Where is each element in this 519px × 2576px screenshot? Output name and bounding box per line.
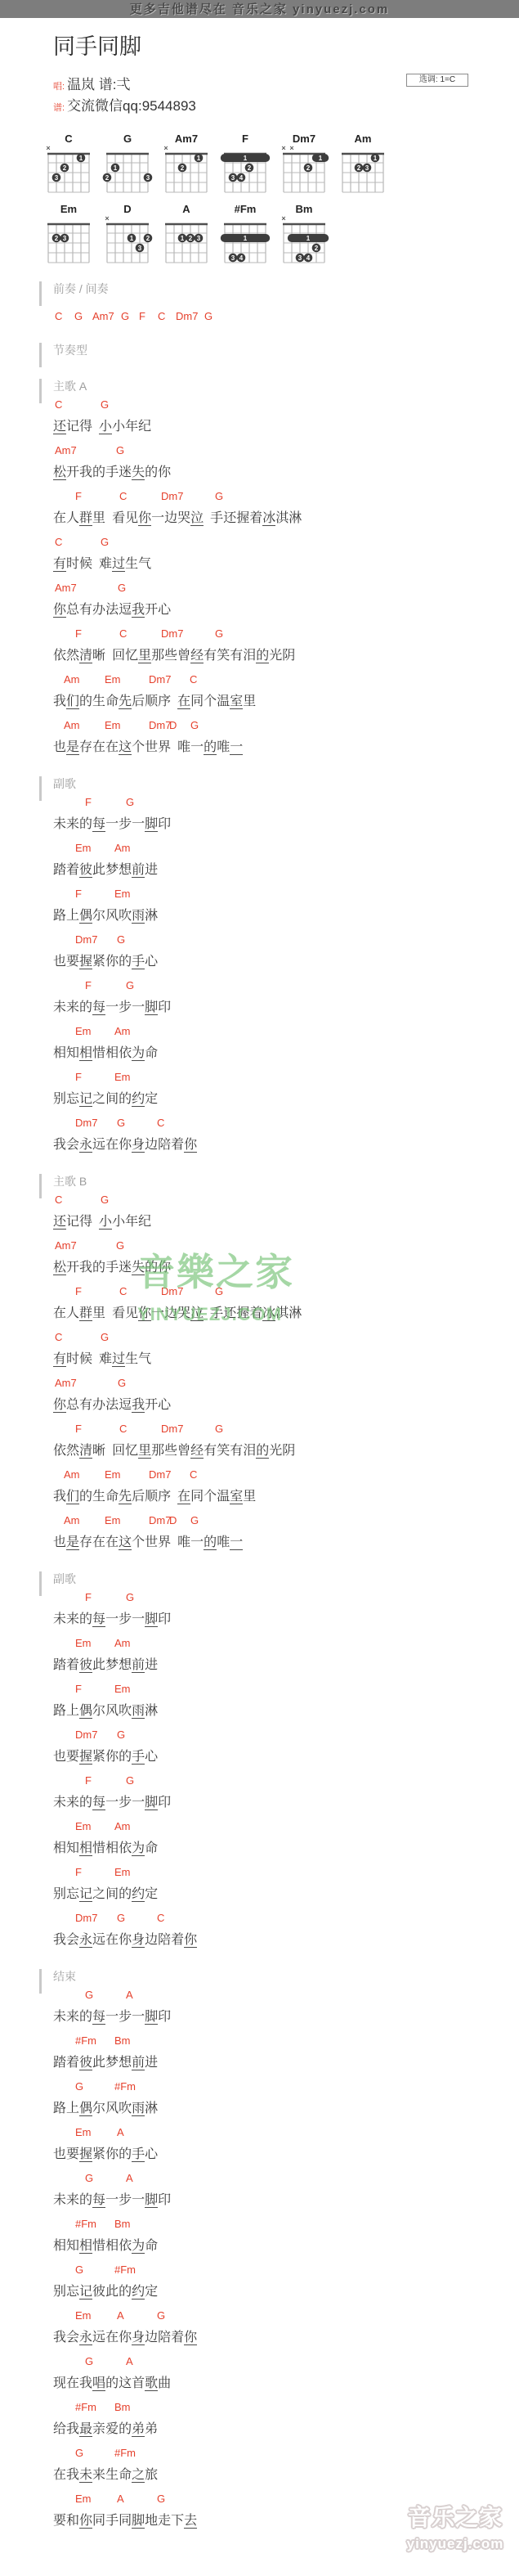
lyric-line: 在人群里看见你一边哭泣手还握着冰淇淋 (53, 1306, 519, 1320)
svg-text:3: 3 (298, 254, 302, 262)
lyric-char: 泪 (243, 1444, 256, 1458)
lyric-char: 泣 (190, 1306, 204, 1321)
lyric-char: 看 (112, 511, 125, 525)
lyric-char: 时 (66, 557, 79, 571)
lyric-char: 惜 (92, 2239, 105, 2253)
credit-score-row: 谱: 交流微信qq:9544893 (53, 94, 519, 110)
svg-text:×: × (281, 214, 285, 223)
lyric-char: 后 (132, 695, 145, 708)
chord-label: Dm7 (149, 1514, 171, 1526)
lyric-char: 也 (53, 740, 66, 754)
lyric-char: 会 (66, 1933, 79, 1947)
chord-label: G (85, 2355, 93, 2367)
chord-label: Em (75, 2493, 92, 2505)
lyric-char: 印 (158, 1796, 171, 1809)
chord-label: F (75, 1071, 82, 1083)
lyric-line: 踏着彼此梦想前进 (53, 2056, 519, 2070)
lyric-char: 的 (79, 817, 92, 831)
lyric-char: 来 (66, 817, 79, 831)
lyric-char: 手 (132, 955, 145, 969)
lyric-char: 走 (158, 2514, 171, 2528)
lyric-char: 在 (105, 2331, 119, 2344)
chord-row: Am7G (0, 582, 519, 592)
chord-row: FCDm7G (0, 490, 519, 501)
lyric-char: 在 (105, 1138, 119, 1152)
lyric-char: 握 (79, 955, 92, 969)
lyric-char: 约 (132, 1092, 145, 1107)
lyric-char: 回 (112, 649, 125, 663)
lyric-char: 风 (105, 909, 119, 923)
lyric-char: 先 (119, 1490, 132, 1504)
lyric-char: 见 (125, 511, 138, 525)
lyric-char: 尔 (92, 2102, 105, 2115)
lyric-char: 还 (53, 420, 66, 434)
lyric-char: 现 (53, 2376, 66, 2390)
lyric-char: 上 (66, 909, 79, 923)
lyric-char: 后 (132, 1490, 145, 1504)
lyric-char: 迷 (119, 465, 132, 479)
lyric-char: 年 (125, 420, 138, 434)
lyric-char: 你 (158, 465, 171, 479)
chord-label: C (55, 536, 62, 548)
lyric-char: 偶 (79, 1704, 92, 1719)
chord-grid: 134 (223, 215, 267, 264)
lyric-char: 一 (105, 1612, 119, 1626)
lyric-char: 的 (105, 2376, 119, 2390)
lyric-char: 在 (105, 1933, 119, 1947)
lyric-char: 这 (119, 740, 132, 755)
lyric-char: 有 (230, 649, 243, 663)
lyric-char: 知 (66, 1046, 79, 1060)
chord-grid: ××12 (282, 145, 326, 194)
lyric-char: 记 (79, 1092, 92, 1107)
lyric-char: 人 (66, 1306, 79, 1320)
lyric-char: 命 (119, 2468, 132, 2482)
chord-label: Dm7 (149, 1468, 171, 1481)
lyric-char: 雨 (132, 1704, 145, 1719)
lyric-char: 前 (132, 2056, 145, 2070)
lyric-char: 回 (112, 1444, 125, 1458)
lyric-char: 也 (53, 955, 66, 969)
chord-label: A (117, 2309, 124, 2322)
lyric-char: 一 (132, 1796, 145, 1809)
lyric-char: 一 (132, 2193, 145, 2207)
lyric-line: 未来的每一步一脚印 (53, 1612, 519, 1626)
lyric-char: 我 (53, 1933, 66, 1947)
lyric-char: 歌 (145, 2376, 158, 2391)
site-banner: 更多吉他谱尽在 音乐之家 yinyuezj.com (0, 0, 519, 18)
chord-label: C (119, 1423, 127, 1435)
lyric-char: 想 (119, 1658, 132, 1672)
chord-label: G (74, 310, 83, 322)
lyric-char: 未 (53, 2010, 66, 2024)
chord-label: G (126, 1591, 134, 1603)
lyric-char: 有 (79, 1398, 92, 1412)
lyric-char: 未 (53, 1000, 66, 1014)
svg-text:1: 1 (244, 235, 248, 242)
lyric-char: 是 (66, 740, 79, 755)
lyric-char: 在 (105, 1535, 119, 1549)
lyric-char: 群 (79, 1306, 92, 1321)
svg-text:3: 3 (197, 235, 201, 242)
lyric-char: 有 (204, 1444, 217, 1458)
lyric-char: 定 (145, 2285, 158, 2299)
lyric-char: 爱 (105, 2422, 119, 2436)
lyric-char: 你 (53, 603, 66, 618)
chord-row: EmAm (0, 1637, 519, 1648)
chord-row: GA (0, 2172, 519, 2183)
lyric-line: 你总有办法逗我开心 (53, 603, 519, 617)
chord-label: G (126, 1774, 134, 1787)
lyric-char: 气 (138, 1352, 151, 1366)
svg-text:×: × (46, 144, 50, 152)
svg-text:3: 3 (231, 254, 235, 262)
lyric-char: 同 (190, 695, 204, 708)
svg-text:2: 2 (63, 164, 67, 172)
lyric-char: 小 (99, 1215, 112, 1230)
lyric-char: 里 (138, 649, 151, 663)
lyric-char: 人 (66, 511, 79, 525)
lyric-char: 顺 (145, 695, 158, 708)
lyric-char: 一 (105, 2193, 119, 2207)
lyric-char: 相 (105, 1841, 119, 1855)
svg-text:1: 1 (130, 235, 134, 242)
lyric-char: 和 (66, 2514, 79, 2528)
lyric-char: 你 (184, 1138, 197, 1153)
lyric-char: 相 (53, 1841, 66, 1855)
lyric-char: 你 (138, 511, 151, 526)
lyric-char: 上 (66, 2102, 79, 2115)
lyric-char: 冰 (262, 511, 275, 526)
lyric-char: 弟 (145, 2422, 158, 2436)
chord-label: Em (105, 1468, 121, 1481)
lyric-char: 这 (119, 1535, 132, 1550)
lyric-char: 远 (92, 1933, 105, 1947)
lyric-char: 脚 (145, 817, 158, 832)
lyric-char: 尔 (92, 1704, 105, 1718)
lyric-char: 开 (145, 1398, 158, 1412)
lyric-char: 经 (190, 1444, 204, 1459)
chord-label: Em (75, 2126, 92, 2138)
lyric-char: 界 (158, 1535, 171, 1549)
chord-label: Em (75, 1637, 92, 1649)
chord-diagram: D×123 (107, 204, 148, 264)
lyric-char: 踏 (53, 863, 66, 877)
lyric-char: 有 (204, 649, 217, 663)
lyric-char: 曲 (158, 2376, 171, 2390)
chord-label: G (117, 933, 125, 946)
lyric-line: 未来的每一步一脚印 (53, 2010, 519, 2024)
chord-row: GA (0, 2355, 519, 2366)
lyric-char: 相 (53, 2239, 66, 2253)
lyric-line: 也要握紧你的手心 (53, 2147, 519, 2161)
chord-label: G (126, 979, 134, 991)
lyric-char: 手 (105, 1261, 119, 1275)
lyric-char: 开 (66, 1261, 79, 1275)
lyric-char: 依 (119, 1046, 132, 1060)
lyric-char: 也 (53, 1535, 66, 1549)
lyric-char: 顺 (145, 1490, 158, 1504)
chord-label: D (169, 719, 177, 731)
lyric-char: 给 (53, 2422, 66, 2436)
lyric-char: 彼 (79, 1658, 92, 1673)
chord-row: Dm7G (0, 1729, 519, 1739)
chord-label: Am (114, 842, 131, 854)
chord-label: Dm7 (75, 1912, 97, 1924)
chord-grid: 123 (341, 145, 385, 194)
section-header: 主歌 A (53, 380, 519, 393)
lyric-char: 要 (53, 2514, 66, 2528)
lyric-char: 彼 (92, 2285, 105, 2299)
credit-singer-label: 唱: (53, 79, 65, 92)
lyric-char: 我 (132, 1398, 145, 1413)
chord-label: Em (75, 842, 92, 854)
lyric-char: 记 (79, 2285, 92, 2300)
lyric-char: 看 (112, 1306, 125, 1320)
lyric-char: 有 (53, 557, 66, 572)
chord-diagram: Am123 (342, 133, 383, 194)
lyric-char: 你 (105, 1750, 119, 1764)
lyric-char: 此 (92, 2056, 105, 2070)
svg-text:×: × (289, 144, 293, 152)
chord-label: G (190, 719, 199, 731)
svg-text:4: 4 (239, 254, 244, 262)
lyric-char: 相 (53, 1046, 66, 1060)
lyric-char: 命 (145, 1046, 158, 1060)
chord-row: #FmBm (0, 2218, 519, 2228)
chord-label: Am (64, 719, 80, 731)
lyric-line: 还记得小小年纪 (53, 1215, 519, 1229)
lyric-char: 然 (66, 1444, 79, 1458)
section-header: 副歌 (53, 1572, 519, 1585)
lyric-char: 步 (119, 2193, 132, 2207)
lyric-char: 雨 (132, 2102, 145, 2116)
chord-diagram: Em23 (48, 204, 89, 264)
lyric-char: 间 (105, 1887, 119, 1901)
lyric-char: 心 (145, 955, 158, 969)
lyric-char: 我 (79, 2376, 92, 2390)
lyric-char: 踏 (53, 1658, 66, 1672)
lyric-char: 手 (132, 2147, 145, 2162)
lyric-char: 哭 (177, 511, 190, 525)
lyric-char: 的 (79, 1796, 92, 1809)
chord-name: Am7 (166, 133, 207, 144)
svg-text:3: 3 (231, 174, 235, 182)
lyric-char: 我 (53, 2331, 66, 2344)
chord-label: G (215, 490, 223, 502)
chord-grid: 1234 (223, 145, 267, 194)
chord-label: F (75, 1866, 82, 1878)
lyric-char: 手 (105, 465, 119, 479)
lyric-char: 生 (125, 1352, 138, 1366)
lyric-char: 失 (132, 465, 145, 480)
lyric-line: 现在我唱的这首歌曲 (53, 2376, 519, 2390)
chord-label: Dm7 (75, 933, 97, 946)
chord-label: #Fm (114, 2080, 136, 2093)
lyric-char: 之 (92, 1887, 105, 1901)
chord-label: F (75, 1683, 82, 1695)
lyric-char: 晰 (92, 1444, 105, 1458)
chord-label: Em (75, 1820, 92, 1832)
lyric-char: 有 (53, 1352, 66, 1367)
svg-text:1: 1 (197, 155, 201, 162)
lyric-char: 吹 (119, 909, 132, 923)
lyric-line: 未来的每一步一脚印 (53, 2193, 519, 2207)
watermark-bottom-logo-text: 音乐之家 (400, 2500, 511, 2533)
chord-row: EmAm (0, 1820, 519, 1831)
lyric-char: 印 (158, 2193, 171, 2207)
chord-name: F (225, 133, 266, 144)
lyric-char: 心 (145, 1750, 158, 1764)
lyric-char: 的 (119, 2422, 132, 2436)
svg-text:4: 4 (306, 254, 311, 262)
lyric-line: 我会永远在你身边陪着你 (53, 1138, 519, 1152)
lyric-char: 手 (210, 511, 223, 525)
lyric-char: 的 (79, 1490, 92, 1504)
lyric-char: 永 (79, 1933, 92, 1948)
chord-row: Am7G (0, 1239, 519, 1250)
section: 副歌FG未来的每一步一脚印EmAm踏着彼此梦想前进FEm路上偶尔风吹雨淋Dm7G… (0, 777, 519, 1152)
chord-label: Dm7 (161, 1423, 183, 1435)
lyric-char: 会 (66, 1138, 79, 1152)
section-label: 主歌 A (53, 380, 87, 393)
lyric-line: 相知相惜相依为命 (53, 1046, 519, 1060)
lyric-char: 边 (145, 1138, 158, 1152)
lyric-char: 会 (66, 2331, 79, 2344)
section: 主歌 ACG还记得小小年纪Am7G松开我的手迷失的你FCDm7G在人群里看见你一… (0, 380, 519, 754)
svg-text:2: 2 (315, 245, 319, 252)
lyric-char: 下 (171, 2514, 184, 2528)
lyric-char: 握 (79, 1750, 92, 1765)
chord-label: F (75, 1423, 82, 1435)
chord-row: FEm (0, 1071, 519, 1081)
lyric-char: 永 (79, 1138, 92, 1153)
lyric-char: 偶 (79, 2102, 92, 2116)
lyric-char: 得 (79, 1215, 92, 1229)
chord-label: G (215, 627, 223, 640)
lyric-char: 知 (66, 1841, 79, 1855)
lyric-char: 开 (66, 465, 79, 479)
chord-diagram-row: Em23D×123A123#Fm134Bm×1234 (48, 204, 519, 264)
svg-text:1: 1 (244, 155, 248, 162)
chord-label: C (190, 673, 197, 686)
lyric-char: 晰 (92, 649, 105, 663)
lyric-char: 温 (217, 1490, 230, 1504)
svg-text:×: × (163, 144, 168, 152)
lyric-line: 也要握紧你的手心 (53, 1750, 519, 1764)
lyric-char: 来 (66, 2010, 79, 2024)
lyric-char: 来 (92, 2468, 105, 2482)
lyric-char: 梦 (105, 2056, 119, 2070)
chord-label: G (157, 2309, 165, 2322)
lyric-char: 别 (53, 2285, 66, 2299)
chord-label: Am (64, 1468, 80, 1481)
chord-grid: ×123 (47, 145, 91, 194)
lyric-char: 吹 (119, 1704, 132, 1718)
lyric-char: 梦 (105, 1658, 119, 1672)
lyric-char: 永 (79, 2331, 92, 2345)
chord-label: G (101, 1194, 109, 1206)
section-label: 结束 (53, 1970, 76, 1983)
chord-label: C (157, 1912, 164, 1924)
chord-label: G (116, 1239, 124, 1252)
lyric-char: 一 (230, 740, 243, 755)
lyric-char: 彼 (79, 863, 92, 878)
lyric-char: 的 (119, 1887, 132, 1901)
lyric-char: 着 (66, 863, 79, 877)
lyric-char: 难 (99, 557, 112, 571)
lyric-char: 忆 (125, 649, 138, 663)
lyric-char: 个 (132, 740, 145, 754)
lyric-char: 过 (112, 1352, 125, 1367)
chord-label: Em (114, 1866, 131, 1878)
lyric-char: 里 (138, 1444, 151, 1459)
chord-label: G (101, 1331, 109, 1343)
chord-label: F (85, 1591, 92, 1603)
lyric-line: 在人群里看见你一边哭泣手还握着冰淇淋 (53, 511, 519, 525)
lyric-char: 定 (145, 1887, 158, 1901)
lyric-char: 依 (53, 1444, 66, 1458)
lyric-char: 未 (53, 2193, 66, 2207)
lyric-char: 你 (119, 1933, 132, 1947)
section: 主歌 BCG还记得小小年纪Am7G松开我的手迷失的你FCDm7G在人群里看见你一… (0, 1175, 519, 1549)
section-header: 副歌 (53, 777, 519, 790)
chord-label: F (75, 627, 82, 640)
lyric-char: 别 (53, 1092, 66, 1106)
lyric-char: 前 (132, 1658, 145, 1673)
lyric-char: 印 (158, 1612, 171, 1626)
lyric-char: 未 (53, 1796, 66, 1809)
lyric-char: 每 (92, 2010, 105, 2025)
lyric-char: 之 (132, 2468, 145, 2483)
lyric-char: 未 (79, 2468, 92, 2483)
lyric-char: 你 (119, 1138, 132, 1152)
chord-row: Dm7G (0, 933, 519, 944)
lyric-char: 定 (145, 1092, 158, 1106)
lyric-char: 失 (132, 1261, 145, 1275)
lyric-char: 然 (66, 649, 79, 663)
lyric-char: 也 (53, 2147, 66, 2161)
lyric-char: 为 (132, 1841, 145, 1856)
lyric-char: 你 (184, 2331, 197, 2345)
lyric-char: 着 (66, 1658, 79, 1672)
lyric-char: 印 (158, 1000, 171, 1014)
lyric-char: 唯 (217, 740, 230, 754)
lyric-char: 们 (66, 1490, 79, 1504)
chord-label: Bm (114, 2218, 131, 2230)
lyric-char: 身 (132, 1933, 145, 1948)
lyric-char: 的 (145, 1261, 158, 1275)
section: 前奏 / 间奏CGAm7GFCDm7G (0, 282, 519, 321)
lyric-char: 最 (79, 2422, 92, 2437)
lyric-char: 的 (119, 2147, 132, 2161)
lyric-char: 步 (119, 1796, 132, 1809)
lyric-line: 还记得小小年纪 (53, 420, 519, 434)
lyric-char: 忆 (125, 1444, 138, 1458)
chord-label: A (117, 2493, 124, 2505)
lyric-char: 存 (79, 1535, 92, 1549)
lyric-char: 经 (190, 649, 204, 663)
lyric-char: 脚 (145, 1000, 158, 1015)
lyric-char: 印 (158, 2010, 171, 2024)
section: 副歌FG未来的每一步一脚印EmAm踏着彼此梦想前进FEm路上偶尔风吹雨淋Dm7G… (0, 1572, 519, 1947)
lyric-char: 有 (79, 603, 92, 617)
lyric-char: 远 (92, 2331, 105, 2344)
lyric-char: 的 (79, 695, 92, 708)
svg-text:×: × (281, 144, 285, 152)
lyric-char: 记 (66, 1215, 79, 1229)
key-select-button[interactable]: 选调: 1=C (406, 74, 468, 87)
